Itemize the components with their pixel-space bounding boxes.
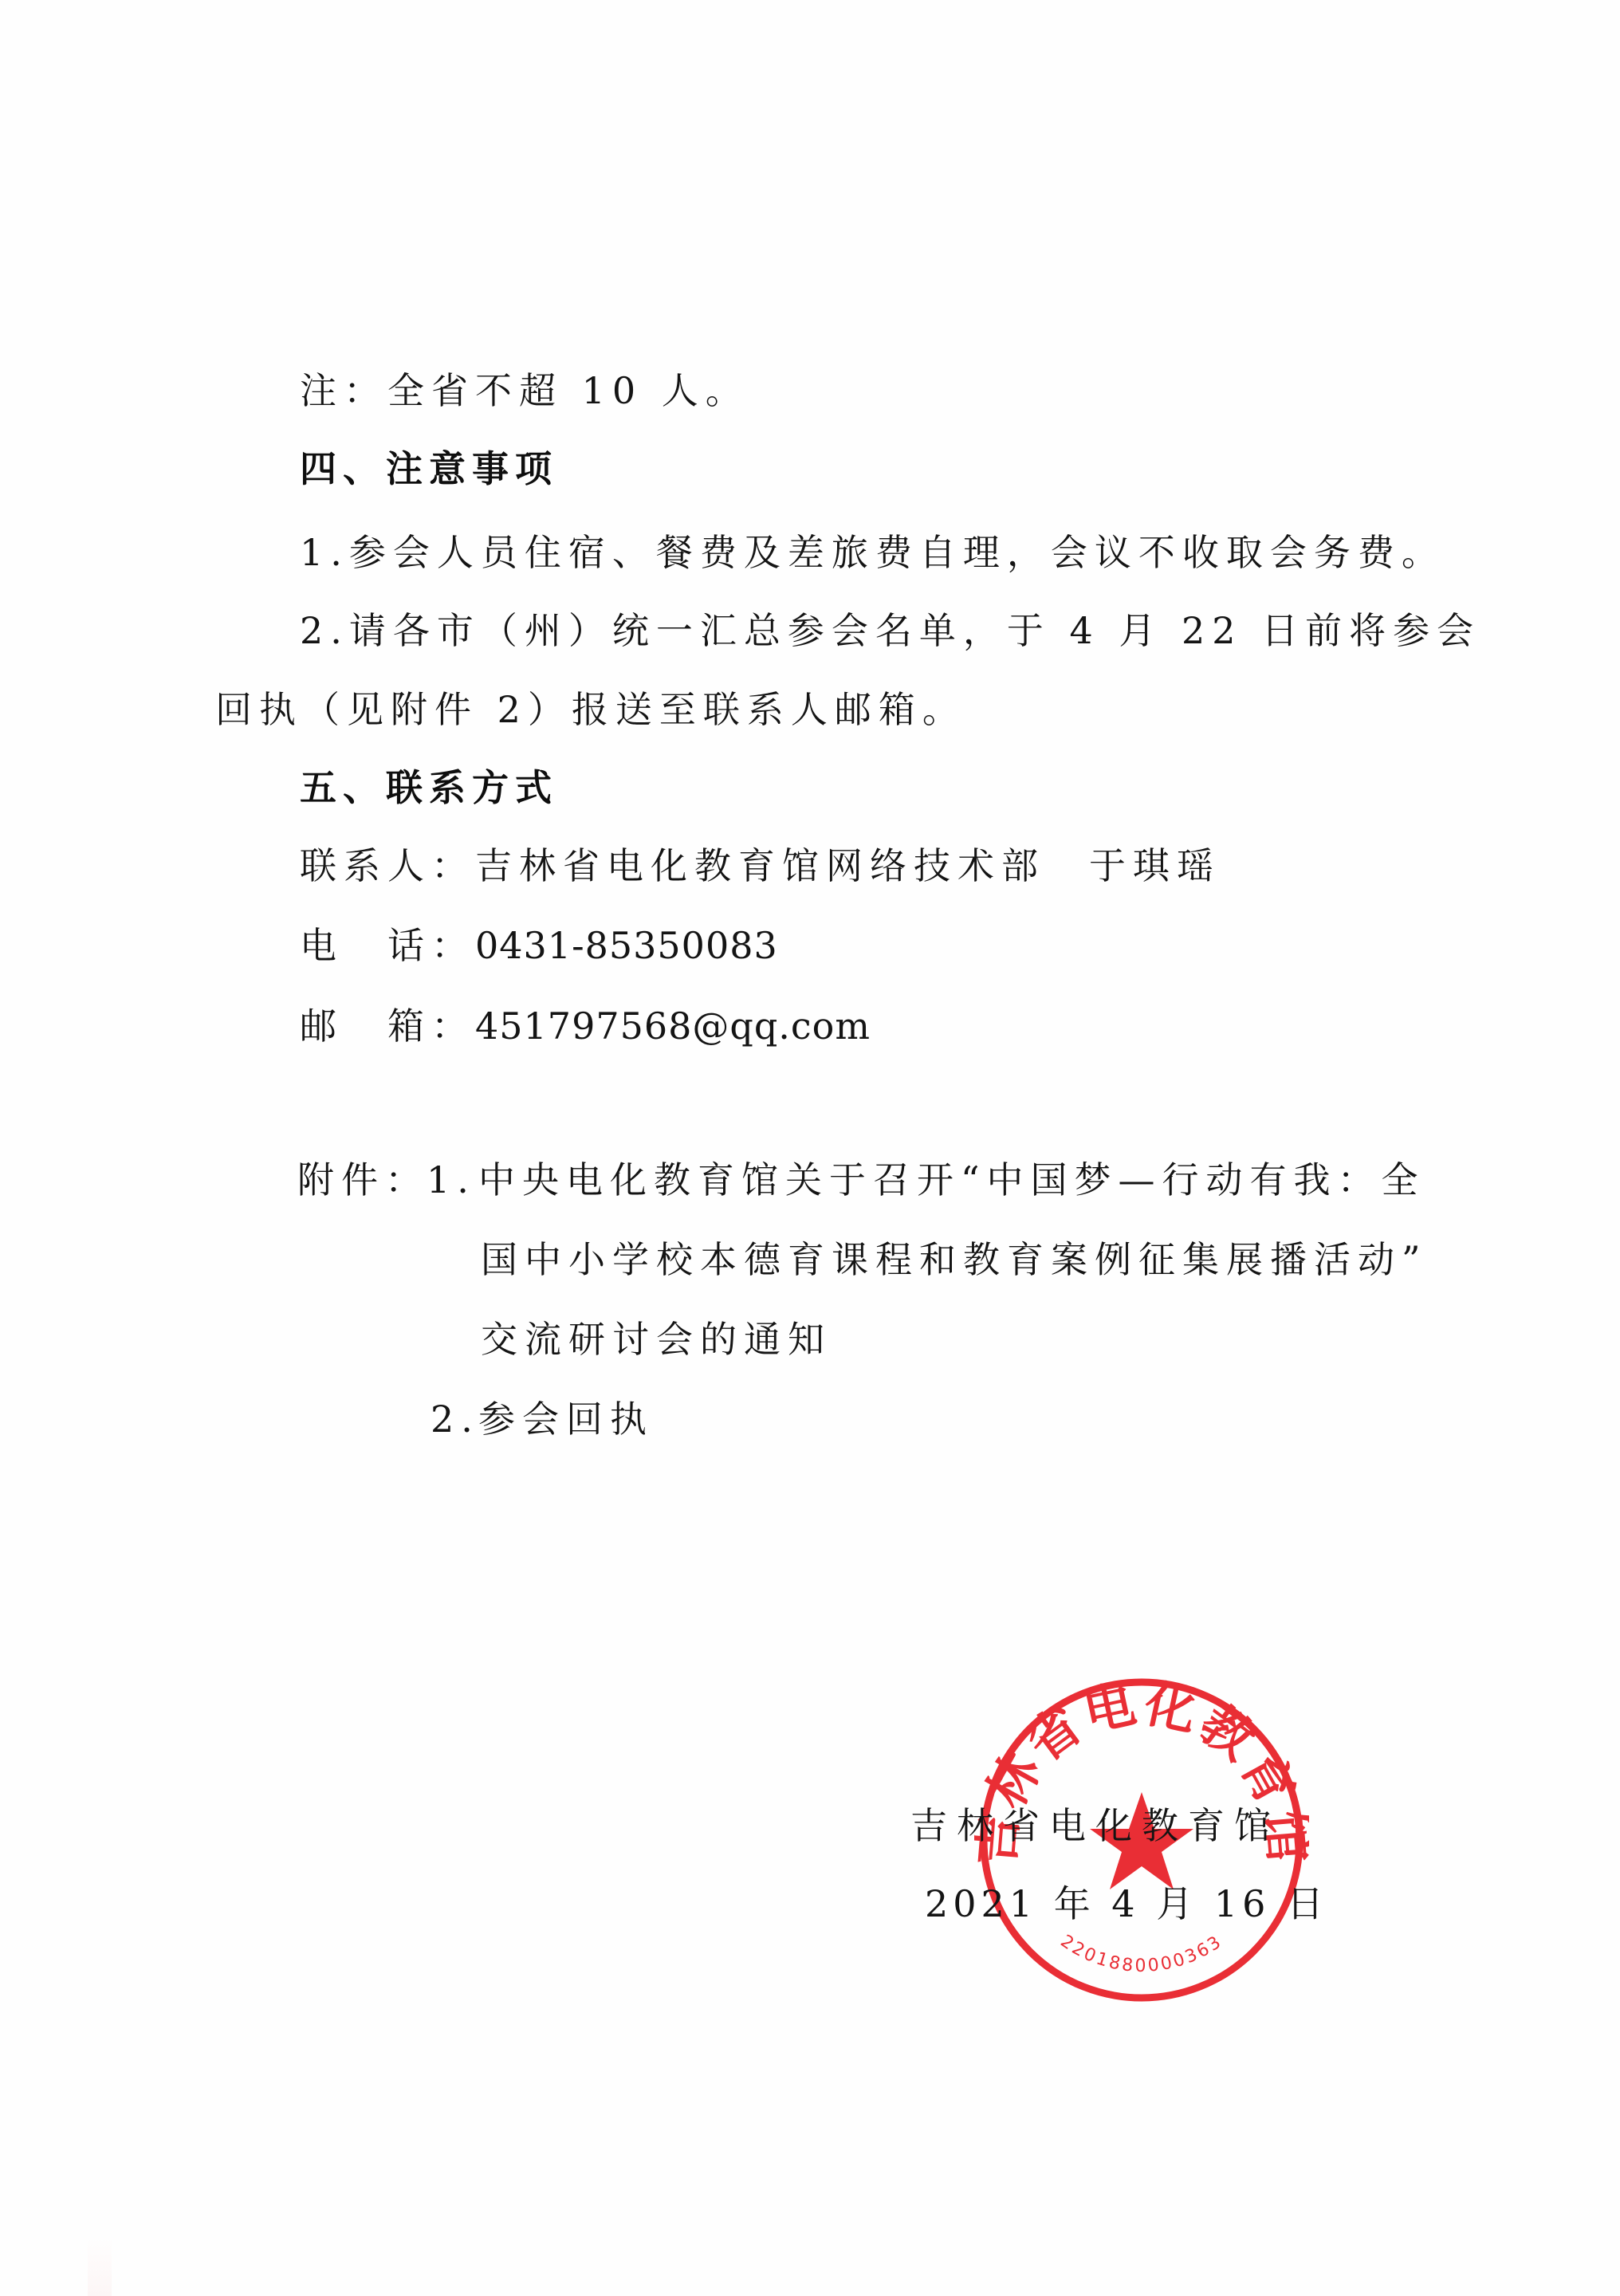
attachments-label: 附件： [297, 1158, 429, 1202]
attachment-1-line-1: 中央电化教育馆关于召开“中国梦—行动有我：全 [478, 1158, 1425, 1202]
notes-item-1: 1.参会人员住宿、餐费及差旅费自理，会议不收取会务费。 [300, 530, 1445, 575]
attachment-2-text: 参会回执 [478, 1397, 654, 1441]
phone-value: 0431-85350083 [475, 924, 778, 967]
signature-date: 2021 年 4 月 16 日 [925, 1881, 1328, 1926]
scan-artifact [88, 2232, 112, 2296]
attachment-1-number: 1. [427, 1158, 476, 1202]
section-heading-notes: 四、注意事项 [300, 446, 558, 491]
email-label-char-1: 邮 [300, 1004, 387, 1048]
svg-text:2201880000363: 2201880000363 [1057, 1932, 1227, 1976]
notes-item-2-line-1: 2.请各市（州）统一汇总参会名单，于 4 月 22 日前将参会 [300, 608, 1480, 653]
notes-item-2-line-2: 回执（见附件 2）报送至联系人邮箱。 [215, 687, 966, 732]
phone-row: 电话：0431-85350083 [300, 923, 778, 968]
phone-label-char-1: 电 [300, 923, 387, 968]
contact-person-row: 联系人：吉林省电化教育馆网络技术部 于琪瑶 [300, 843, 1221, 888]
email-label-char-2: 箱： [387, 1005, 475, 1048]
attachment-1-line-2: 国中小学校本德育课程和教育案例征集展播活动” [481, 1237, 1428, 1282]
contact-person-value: 吉林省电化教育馆网络技术部 于琪瑶 [475, 844, 1221, 887]
seal-code: 2201880000363 [1057, 1932, 1227, 1976]
contact-person-label: 联系人： [300, 844, 475, 887]
section-heading-contact: 五、联系方式 [300, 765, 558, 810]
email-value: 451797568@qq.com [475, 1005, 871, 1048]
attachment-2-number: 2. [431, 1397, 480, 1441]
document-page: 注：全省不超 10 人。 四、注意事项 1.参会人员住宿、餐费及差旅费自理，会议… [0, 0, 1620, 2296]
signature-organization: 吉林省电化教育馆 [910, 1803, 1280, 1848]
quota-note: 注：全省不超 10 人。 [300, 368, 749, 413]
email-row: 邮箱：451797568@qq.com [300, 1004, 871, 1048]
attachment-1-line-3: 交流研讨会的通知 [481, 1317, 832, 1362]
phone-label-char-2: 话： [387, 924, 475, 967]
